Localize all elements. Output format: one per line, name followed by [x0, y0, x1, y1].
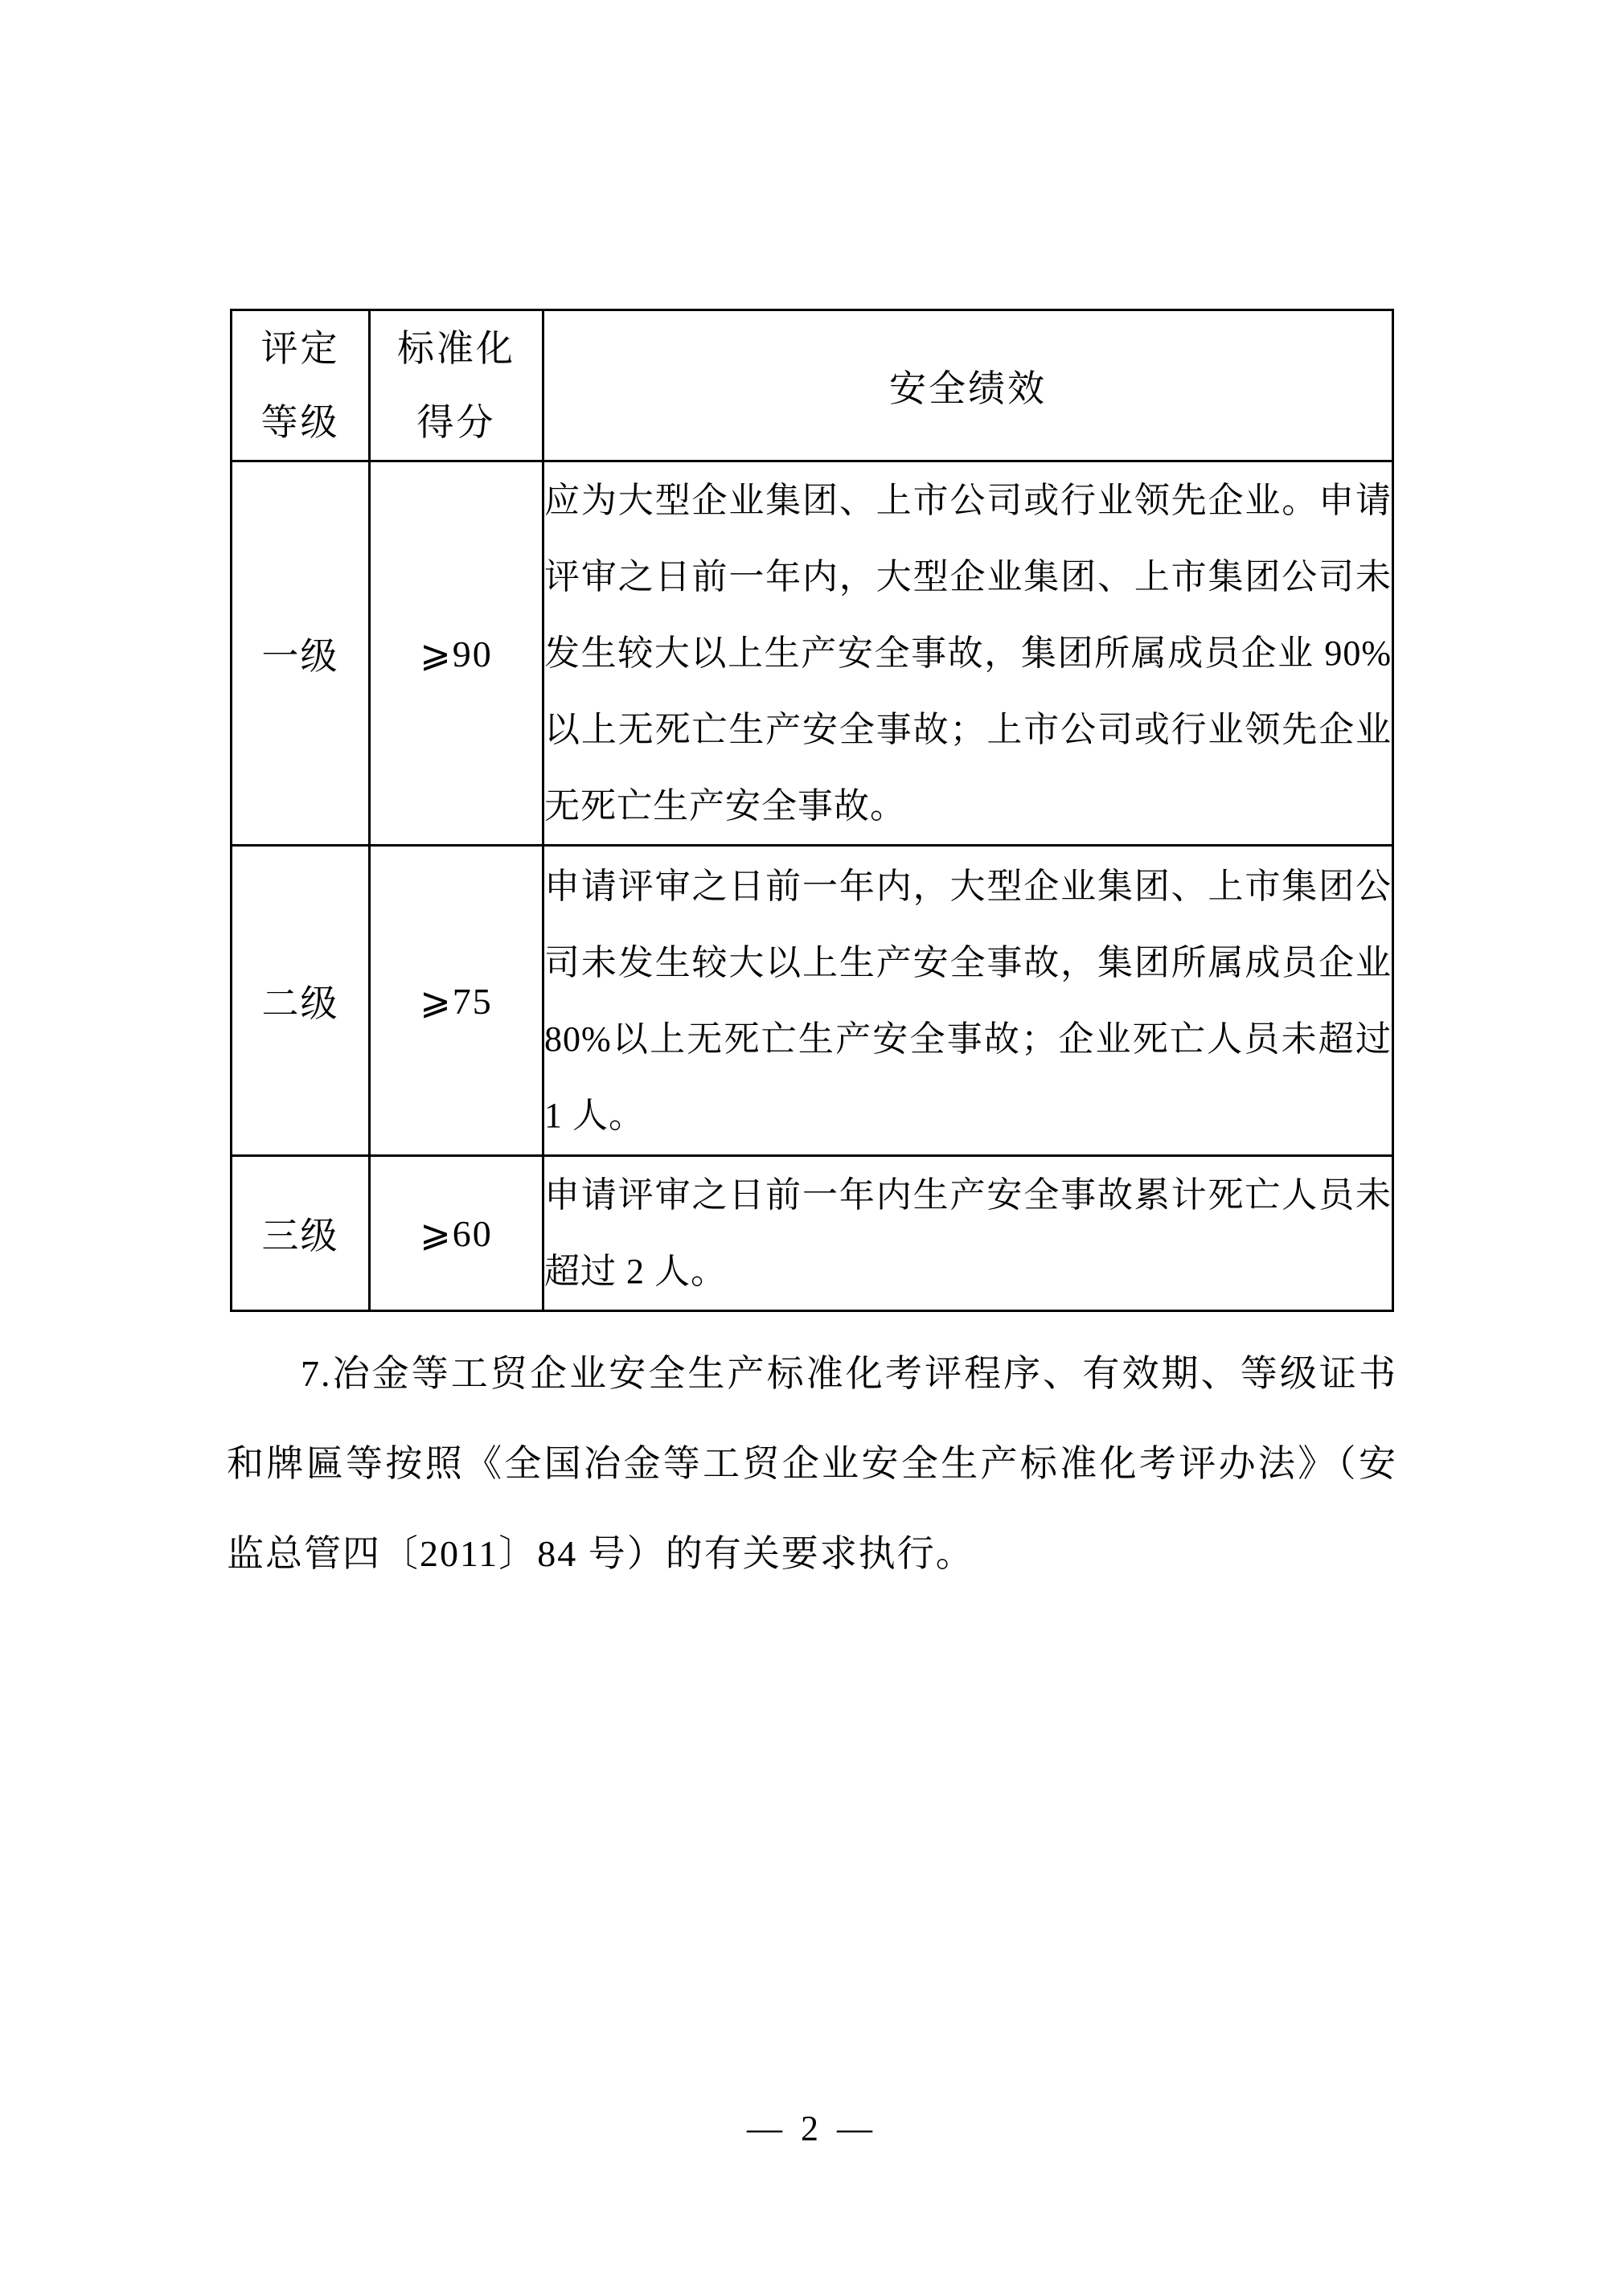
table-row-grade1: 一级 ⩾90 应为大型企业集团、上市公司或行业领先企业。申请评审之日前一年内，大… — [232, 461, 1393, 846]
table-header-row: 评定 等级 标准化 得分 安全绩效 — [232, 310, 1393, 461]
grade-cell: 三级 — [232, 1156, 370, 1311]
score-cell: ⩾75 — [370, 846, 543, 1156]
header-performance: 安全绩效 — [543, 310, 1393, 461]
performance-cell: 申请评审之日前一年内生产安全事故累计死亡人员未超过 2 人。 — [543, 1156, 1393, 1311]
rating-table: 评定 等级 标准化 得分 安全绩效 一级 ⩾90 应为大型企业集团、上市公司或行… — [230, 309, 1394, 1312]
header-grade-line2: 等级 — [232, 386, 368, 460]
grade-cell: 二级 — [232, 846, 370, 1156]
score-cell: ⩾90 — [370, 461, 543, 846]
document-page: 评定 等级 标准化 得分 安全绩效 一级 ⩾90 应为大型企业集团、上市公司或行… — [0, 0, 1624, 2296]
header-grade-line1: 评定 — [232, 312, 368, 386]
table-row-grade2: 二级 ⩾75 申请评审之日前一年内，大型企业集团、上市集团公司未发生较大以上生产… — [232, 846, 1393, 1156]
grade-cell: 一级 — [232, 461, 370, 846]
performance-text: 申请评审之日前一年内，大型企业集团、上市集团公司未发生较大以上生产安全事故，集团… — [544, 848, 1392, 1154]
header-score-line1: 标准化 — [371, 312, 542, 386]
page-number: — 2 — — [0, 2105, 1624, 2153]
performance-text: 应为大型企业集团、上市公司或行业领先企业。申请评审之日前一年内，大型企业集团、上… — [544, 462, 1392, 844]
performance-text: 申请评审之日前一年内生产安全事故累计死亡人员未超过 2 人。 — [544, 1157, 1392, 1310]
table-row-grade3: 三级 ⩾60 申请评审之日前一年内生产安全事故累计死亡人员未超过 2 人。 — [232, 1156, 1393, 1311]
performance-cell: 申请评审之日前一年内，大型企业集团、上市集团公司未发生较大以上生产安全事故，集团… — [543, 846, 1393, 1156]
score-cell: ⩾60 — [370, 1156, 543, 1311]
header-score-line2: 得分 — [371, 386, 542, 460]
body-paragraph: 7.冶金等工贸企业安全生产标准化考评程序、有效期、等级证书和牌匾等按照《全国冶金… — [227, 1329, 1397, 1599]
performance-cell: 应为大型企业集团、上市公司或行业领先企业。申请评审之日前一年内，大型企业集团、上… — [543, 461, 1393, 846]
header-grade: 评定 等级 — [232, 310, 370, 461]
header-score: 标准化 得分 — [370, 310, 543, 461]
